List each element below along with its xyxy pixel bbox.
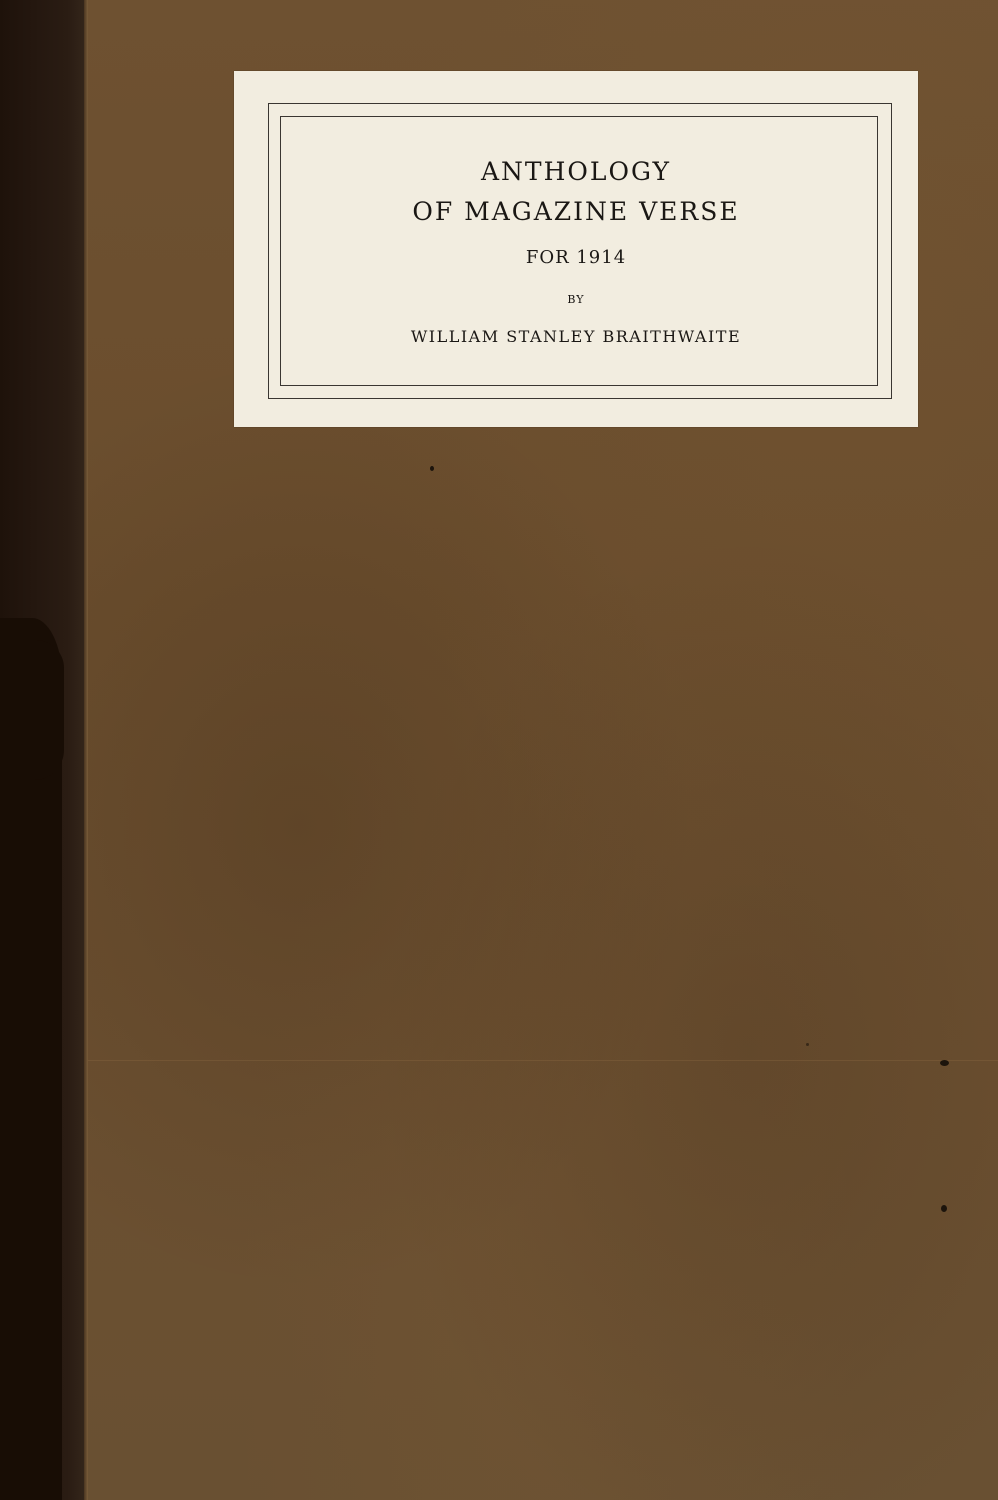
year-line: FOR 1914 (234, 247, 918, 268)
book-cover: ANTHOLOGY OF MAGAZINE VERSE FOR 1914 BY … (0, 0, 998, 1500)
cover-speck (941, 1205, 947, 1212)
cover-speck (806, 1043, 809, 1046)
cover-crease (88, 1060, 998, 1061)
by-line: BY (234, 293, 918, 306)
title-line-1: ANTHOLOGY (234, 157, 918, 186)
spine-worn-bulge (0, 640, 64, 780)
cover-speck (430, 466, 434, 471)
title-label: ANTHOLOGY OF MAGAZINE VERSE FOR 1914 BY … (234, 71, 918, 427)
spine-edge (84, 0, 88, 1500)
author-name: WILLIAM STANLEY BRAITHWAITE (234, 327, 918, 346)
cover-speck (940, 1060, 949, 1066)
title-line-2: OF MAGAZINE VERSE (234, 197, 918, 226)
